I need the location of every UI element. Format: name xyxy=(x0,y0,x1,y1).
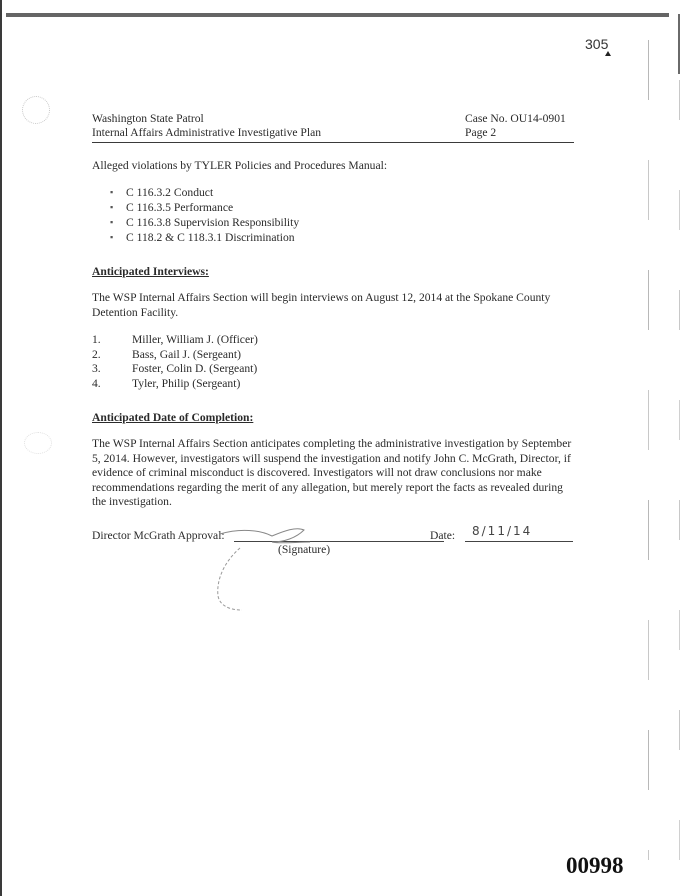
scan-margin-artifact xyxy=(648,40,649,860)
interviewee-name: Foster, Colin D. (Sergeant) xyxy=(132,362,257,377)
interviews-paragraph: The WSP Internal Affairs Section will be… xyxy=(92,291,574,320)
triangle-mark-icon xyxy=(605,51,611,56)
completion-heading: Anticipated Date of Completion: xyxy=(92,411,574,425)
interviewee-name: Bass, Gail J. (Sergeant) xyxy=(132,348,241,363)
date-line xyxy=(465,541,573,542)
heading-colon: : xyxy=(205,265,209,278)
interviewee-name: Miller, William J. (Officer) xyxy=(132,333,258,348)
violation-item: C 116.3.2 Conduct xyxy=(110,185,574,200)
date-label: Date: xyxy=(430,529,455,542)
violations-list: C 116.3.2 Conduct C 116.3.5 Performance … xyxy=(92,185,574,245)
interviewee-item: 1.Miller, William J. (Officer) xyxy=(92,333,574,348)
interviews-heading: Anticipated Interviews: xyxy=(92,265,574,279)
item-number: 3. xyxy=(92,362,132,377)
document-body: Washington State Patrol Internal Affairs… xyxy=(92,112,574,510)
page-number: 305 xyxy=(585,36,608,52)
interviewee-item: 3.Foster, Colin D. (Sergeant) xyxy=(92,362,574,377)
page-label: Page 2 xyxy=(465,126,566,140)
completion-paragraph: The WSP Internal Affairs Section anticip… xyxy=(92,437,574,510)
interviewee-item: 4.Tyler, Philip (Sergeant) xyxy=(92,377,574,392)
item-number: 2. xyxy=(92,348,132,363)
document-header: Washington State Patrol Internal Affairs… xyxy=(92,112,574,143)
document-title: Internal Affairs Administrative Investig… xyxy=(92,126,321,140)
completion-heading-text: Anticipated Date of Completion xyxy=(92,411,249,424)
org-name: Washington State Patrol xyxy=(92,112,321,126)
violation-item: C 116.3.5 Performance xyxy=(110,200,574,215)
case-number: Case No. OU14-0901 xyxy=(465,112,566,126)
faint-stamp-icon xyxy=(24,432,52,454)
interviewees-list: 1.Miller, William J. (Officer) 2.Bass, G… xyxy=(92,333,574,391)
scan-margin-artifact xyxy=(679,80,680,860)
handwritten-signature-icon xyxy=(200,520,340,620)
bates-number: 00998 xyxy=(566,853,624,879)
scan-left-edge xyxy=(0,0,2,896)
interviews-heading-text: Anticipated Interviews xyxy=(92,265,205,278)
seal-stamp-icon xyxy=(22,96,50,124)
interviewee-name: Tyler, Philip (Sergeant) xyxy=(132,377,240,392)
item-number: 4. xyxy=(92,377,132,392)
violation-item: C 116.3.8 Supervision Responsibility xyxy=(110,215,574,230)
scan-right-border xyxy=(678,14,680,74)
violation-item: C 118.2 & C 118.3.1 Discrimination xyxy=(110,230,574,245)
violations-intro: Alleged violations by TYLER Policies and… xyxy=(92,159,574,173)
scan-top-border xyxy=(6,13,669,17)
item-number: 1. xyxy=(92,333,132,348)
handwritten-date: 8/11/14 xyxy=(472,524,532,538)
heading-colon: : xyxy=(249,411,253,424)
interviewee-item: 2.Bass, Gail J. (Sergeant) xyxy=(92,348,574,363)
